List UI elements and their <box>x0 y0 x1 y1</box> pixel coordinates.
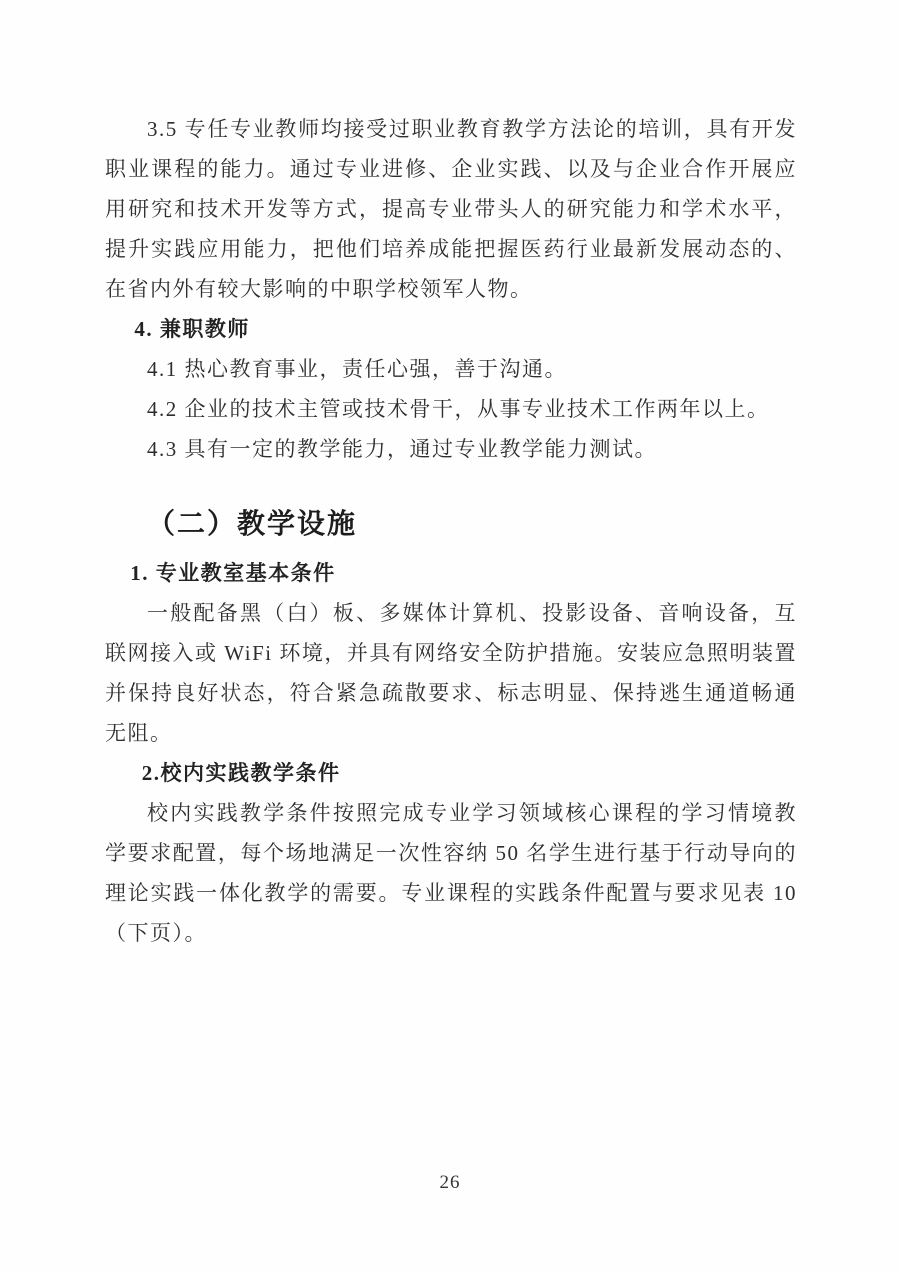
heading-classroom-basic-conditions: 1. 专业教室基本条件 <box>105 553 797 593</box>
heading-campus-practice-conditions: 2.校内实践教学条件 <box>105 753 797 793</box>
page-footer: 26 <box>0 1172 900 1194</box>
list-item-4-3: 4.3 具有一定的教学能力，通过专业教学能力测试。 <box>105 429 797 469</box>
section-heading-teaching-facilities: （二）教学设施 <box>105 501 797 547</box>
paragraph-classroom-conditions: 一般配备黑（白）板、多媒体计算机、投影设备、音响设备，互联网接入或 WiFi 环… <box>105 593 797 753</box>
heading-part-time-teachers: 4. 兼职教师 <box>105 309 797 349</box>
page-number: 26 <box>440 1172 461 1193</box>
document-page: 3.5 专任专业教师均接受过职业教育教学方法论的培训，具有开发职业课程的能力。通… <box>0 0 900 1272</box>
paragraph-practice-conditions: 校内实践教学条件按照完成专业学习领域核心课程的学习情境教学要求配置，每个场地满足… <box>105 793 797 953</box>
document-body: 3.5 专任专业教师均接受过职业教育教学方法论的培训，具有开发职业课程的能力。通… <box>105 109 797 953</box>
list-item-4-1: 4.1 热心教育事业，责任心强，善于沟通。 <box>105 349 797 389</box>
list-item-4-2: 4.2 企业的技术主管或技术骨干，从事专业技术工作两年以上。 <box>105 389 797 429</box>
paragraph-3-5: 3.5 专任专业教师均接受过职业教育教学方法论的培训，具有开发职业课程的能力。通… <box>105 109 797 309</box>
